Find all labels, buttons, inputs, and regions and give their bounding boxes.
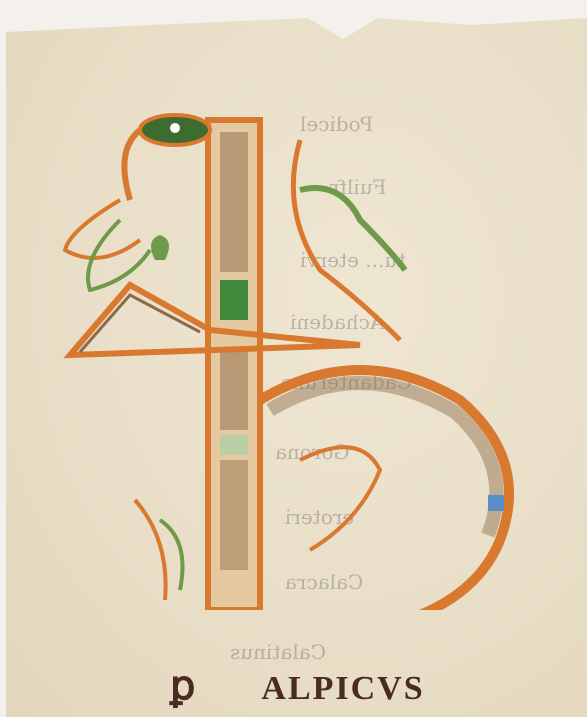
caption-name: ALPICVS [261,670,424,707]
decorated-initial [60,70,530,610]
caption: ꝑ ALPICVS [170,662,425,709]
manuscript-page: Podicel Fuilfr tu... etervi Achadeni Cad… [0,0,587,717]
bleed-text: Calatinus [230,640,326,664]
caption-abbreviation: ꝑ [170,662,195,709]
